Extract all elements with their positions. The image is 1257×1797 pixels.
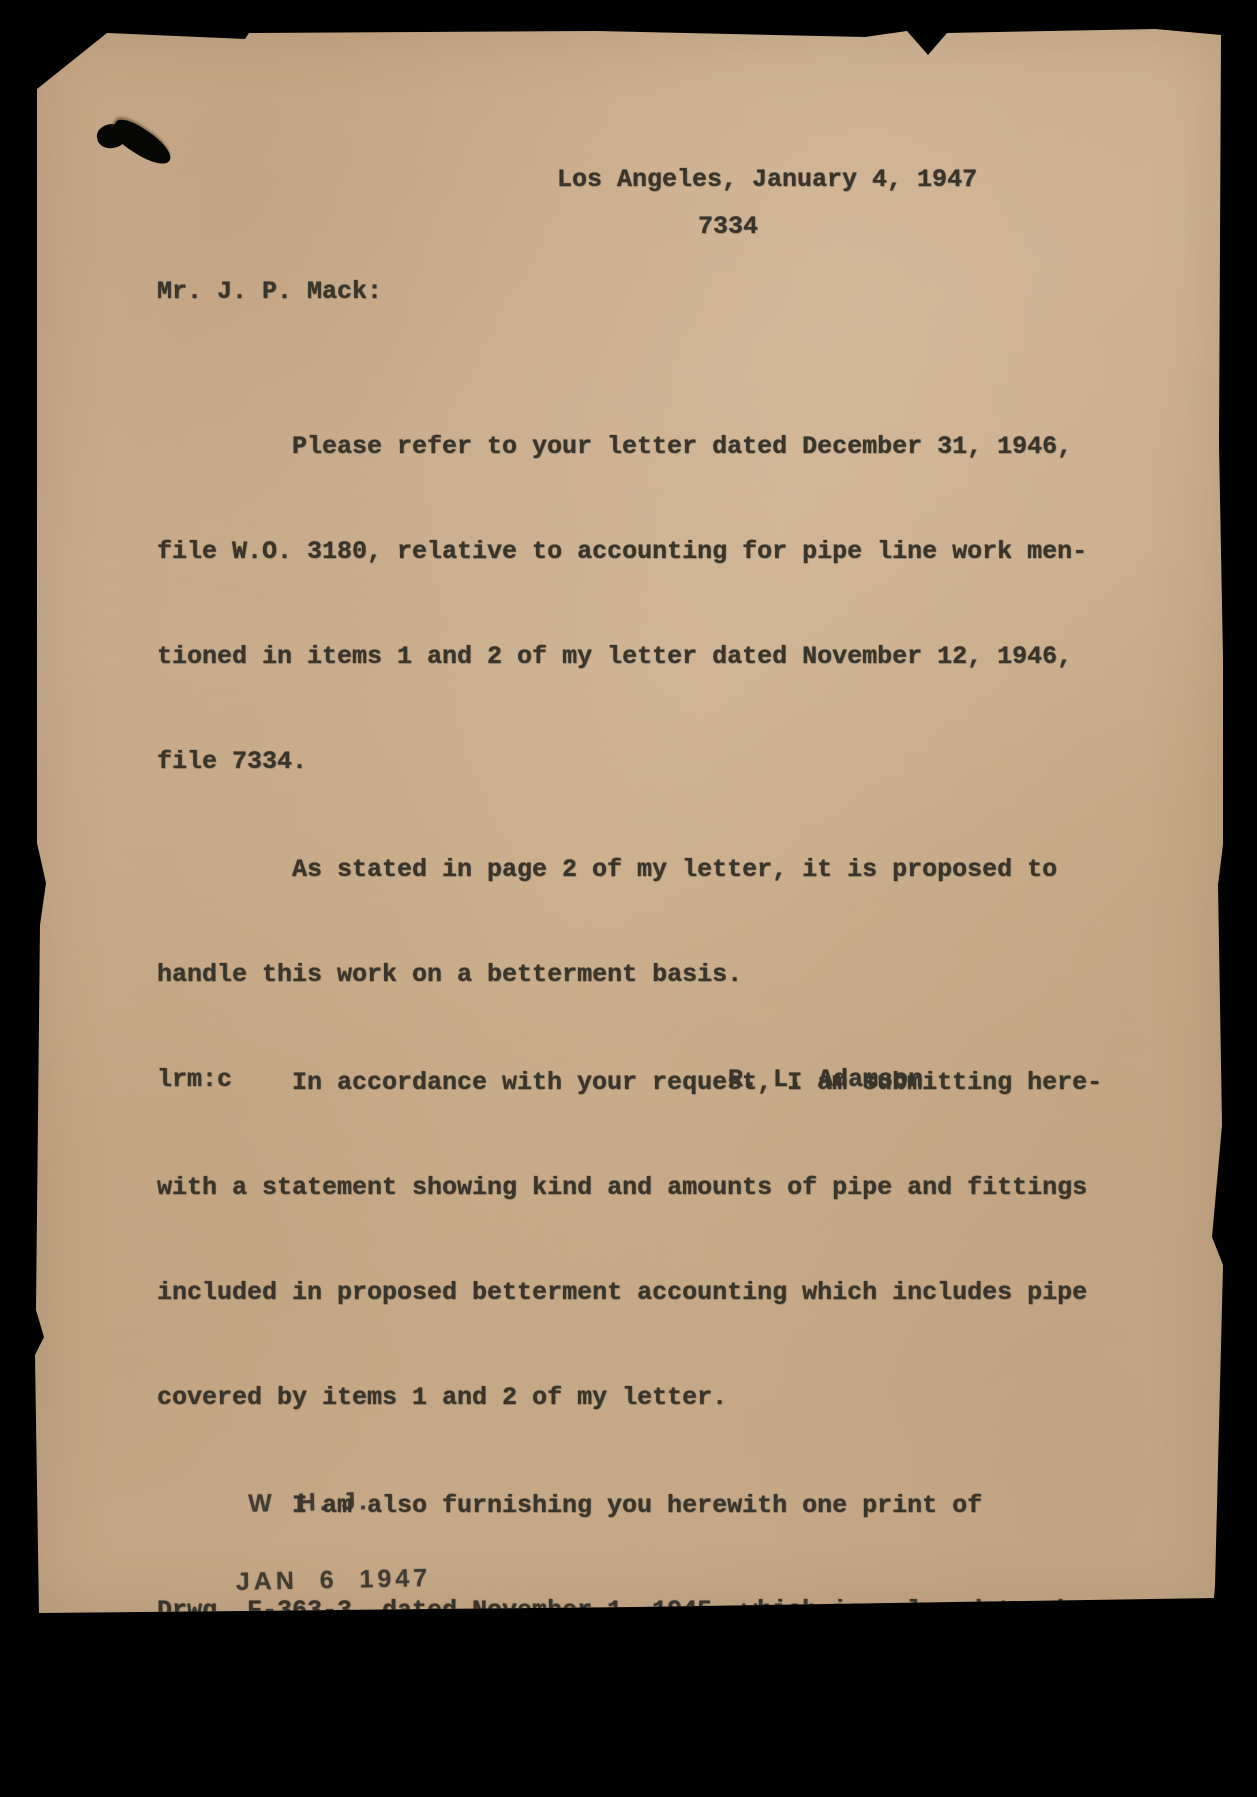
body-line: covered by items 1 and 2 of my letter. <box>157 1374 1117 1421</box>
typist-initials: lrm:c <box>157 1065 232 1094</box>
body-line: file W.O. 3180, relative to accounting f… <box>157 528 1117 575</box>
body-line: Please refer to your letter dated Decemb… <box>157 423 1117 470</box>
salutation: Mr. J. P. Mack: <box>157 277 382 306</box>
stamp-initials: W H. J. <box>234 1487 430 1517</box>
body-line: handle this work on a betterment basis. <box>157 951 1117 998</box>
body-line: tioned in items 1 and 2 of my letter dat… <box>157 633 1117 680</box>
torn-punch-hole <box>97 118 187 178</box>
stamp-date: JAN 6 1947 <box>236 1565 432 1595</box>
body-line: included in proposed betterment accounti… <box>157 1269 1117 1316</box>
body-line: In accordance with your request, I am su… <box>157 1059 1117 1106</box>
body-line: file 7334. <box>157 738 1117 785</box>
letter-paper: Los Angeles, January 4, 1947 7334 Mr. J.… <box>35 25 1223 1615</box>
dateline: Los Angeles, January 4, 1947 <box>557 165 977 194</box>
body-line: with a statement showing kind and amount… <box>157 1164 1117 1211</box>
signature-name: R. L. Adamson <box>728 1065 923 1094</box>
file-number: 7334 <box>698 212 758 241</box>
received-date-stamp: W H. J. JAN 6 1947 <box>233 1435 433 1640</box>
body-line: As stated in page 2 of my letter, it is … <box>157 846 1117 893</box>
